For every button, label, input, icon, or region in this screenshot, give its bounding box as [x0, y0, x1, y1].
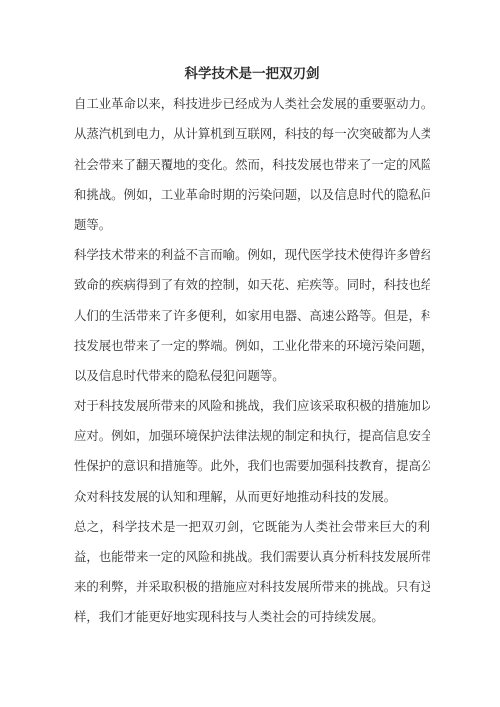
paragraph-line: 以及信息时代带来的隐私侵犯问题等。 [74, 361, 430, 391]
paragraph-line: 和挑战。例如，工业革命时期的污染问题，以及信息时代的隐私问 [74, 180, 430, 210]
paragraph-line: 人们的生活带来了许多便利，如家用电器、高速公路等。但是，科 [74, 301, 430, 331]
paragraph-line: 来的利弊，并采取积极的措施应对科技发展所带来的挑战。只有这 [74, 572, 430, 602]
paragraph-line: 众对科技发展的认知和理解，从而更好地推动科技的发展。 [74, 482, 430, 512]
document-page: 科学技术是一把双刃剑 自工业革命以来，科技进步已经成为人类社会发展的重要驱动力。… [0, 0, 500, 707]
paragraph-line: 社会带来了翻天覆地的变化。然而，科技发展也带来了一定的风险 [74, 150, 430, 180]
paragraph-line: 对于科技发展所带来的风险和挑战，我们应该采取积极的措施加以 [74, 391, 430, 421]
paragraph: 科学技术带来的利益不言而喻。例如，现代医学技术使得许多曾经 致命的疾病得到了有效… [74, 240, 430, 391]
paragraph-line: 致命的疾病得到了有效的控制，如天花、疟疾等。同时，科技也给 [74, 270, 430, 300]
paragraph-line: 性保护的意识和措施等。此外，我们也需要加强科技教育，提高公 [74, 451, 430, 481]
document-content: 科学技术是一把双刃剑 自工业革命以来，科技进步已经成为人类社会发展的重要驱动力。… [74, 59, 430, 633]
paragraph-line: 自工业革命以来，科技进步已经成为人类社会发展的重要驱动力。 [74, 89, 430, 119]
paragraph-line: 科学技术带来的利益不言而喻。例如，现代医学技术使得许多曾经 [74, 240, 430, 270]
paragraph: 对于科技发展所带来的风险和挑战，我们应该采取积极的措施加以 应对。例如，加强环境… [74, 391, 430, 512]
paragraph-line: 应对。例如，加强环境保护法律法规的制定和执行，提高信息安全 [74, 421, 430, 451]
paragraph-line: 益，也能带来一定的风险和挑战。我们需要认真分析科技发展所带 [74, 542, 430, 572]
paragraph-line: 样，我们才能更好地实现科技与人类社会的可持续发展。 [74, 602, 430, 632]
document-title: 科学技术是一把双刃剑 [74, 59, 430, 89]
paragraph-line: 题等。 [74, 210, 430, 240]
paragraph-line: 总之，科学技术是一把双刃剑，它既能为人类社会带来巨大的利 [74, 512, 430, 542]
paragraph-line: 技发展也带来了一定的弊端。例如，工业化带来的环境污染问题， [74, 331, 430, 361]
paragraph: 总之，科学技术是一把双刃剑，它既能为人类社会带来巨大的利 益，也能带来一定的风险… [74, 512, 430, 633]
paragraph: 自工业革命以来，科技进步已经成为人类社会发展的重要驱动力。 从蒸汽机到电力，从计… [74, 89, 430, 240]
paragraph-line: 从蒸汽机到电力，从计算机到互联网，科技的每一次突破都为人类 [74, 119, 430, 149]
